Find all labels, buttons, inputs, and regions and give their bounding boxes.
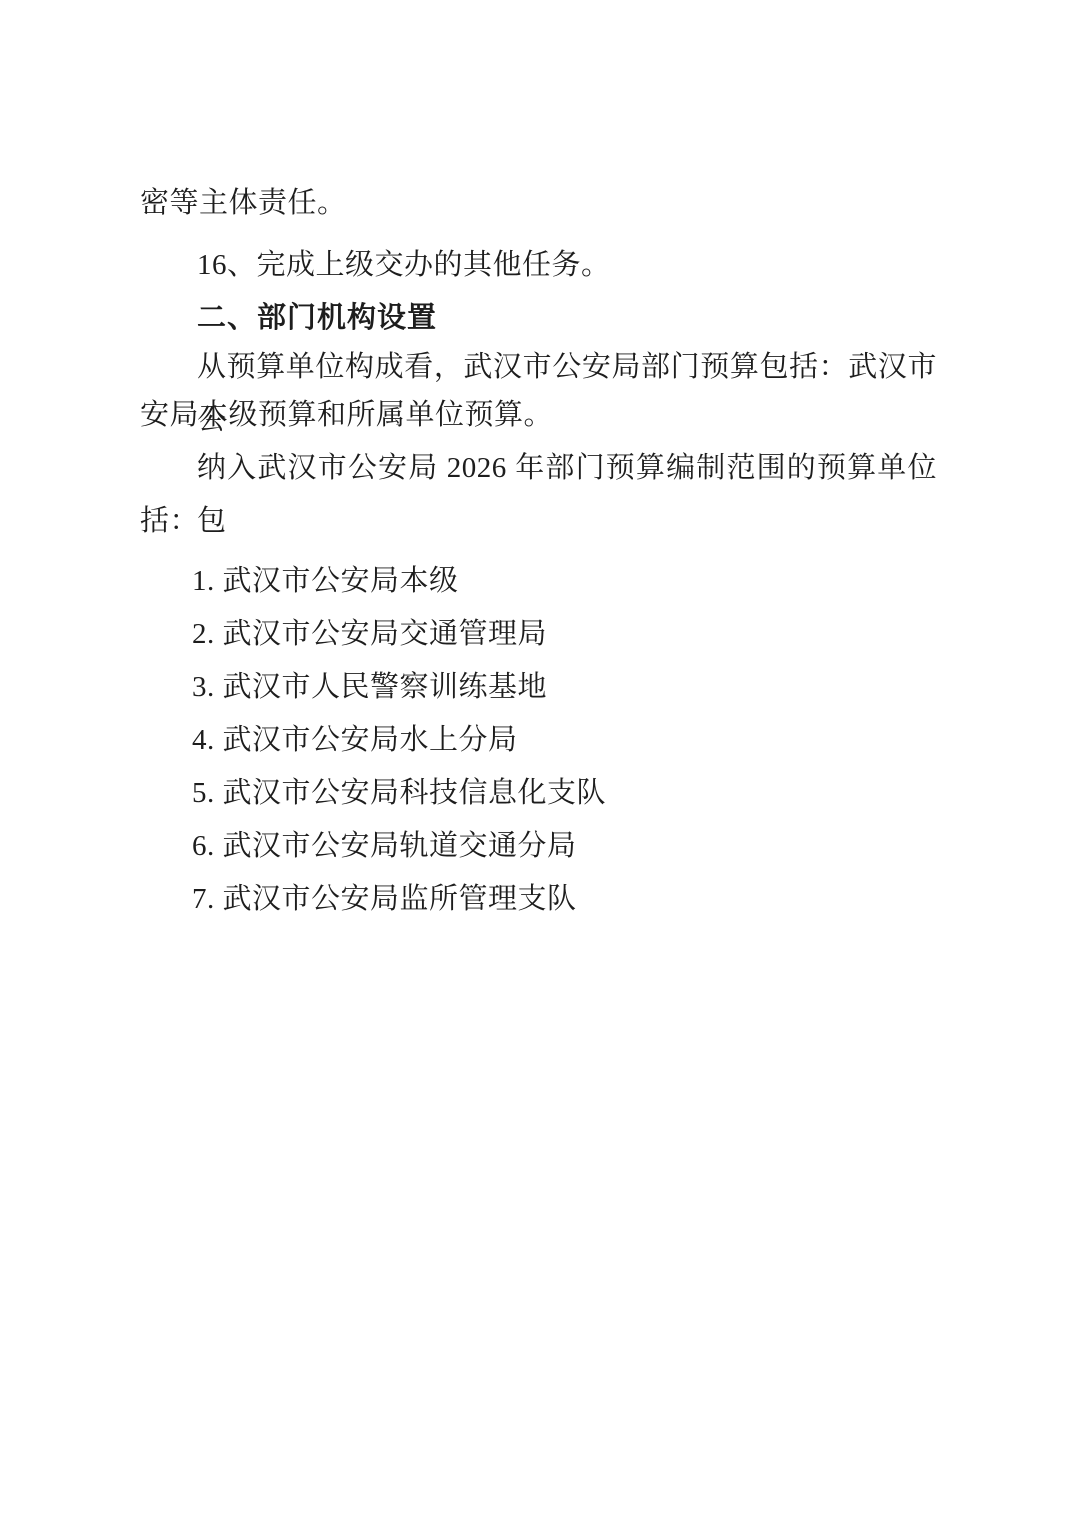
text-line: 括： bbox=[140, 495, 937, 548]
document-page: 密等主体责任。16、完成上级交办的其他任务。二、部门机构设置从预算单位构成看，武… bbox=[0, 0, 1074, 1520]
text-line: 6. 武汉市公安局轨道交通分局 bbox=[140, 820, 937, 873]
text-line: 纳入武汉市公安局 2026 年部门预算编制范围的预算单位包 bbox=[140, 442, 937, 495]
text-line: 3. 武汉市人民警察训练基地 bbox=[140, 661, 937, 714]
text-line: 7. 武汉市公安局监所管理支队 bbox=[140, 873, 937, 926]
text-line: 1. 武汉市公安局本级 bbox=[140, 555, 937, 608]
document-text-block: 密等主体责任。16、完成上级交办的其他任务。二、部门机构设置从预算单位构成看，武… bbox=[140, 177, 937, 926]
text-line: 4. 武汉市公安局水上分局 bbox=[140, 714, 937, 767]
text-line: 16、完成上级交办的其他任务。 bbox=[140, 239, 937, 292]
text-line: 从预算单位构成看，武汉市公安局部门预算包括：武汉市公 bbox=[140, 341, 937, 394]
text-line: 安局本级预算和所属单位预算。 bbox=[140, 389, 937, 442]
text-line: 密等主体责任。 bbox=[140, 177, 937, 230]
text-line: 2. 武汉市公安局交通管理局 bbox=[140, 608, 937, 661]
text-line: 5. 武汉市公安局科技信息化支队 bbox=[140, 767, 937, 820]
section-heading: 二、部门机构设置 bbox=[140, 292, 937, 345]
